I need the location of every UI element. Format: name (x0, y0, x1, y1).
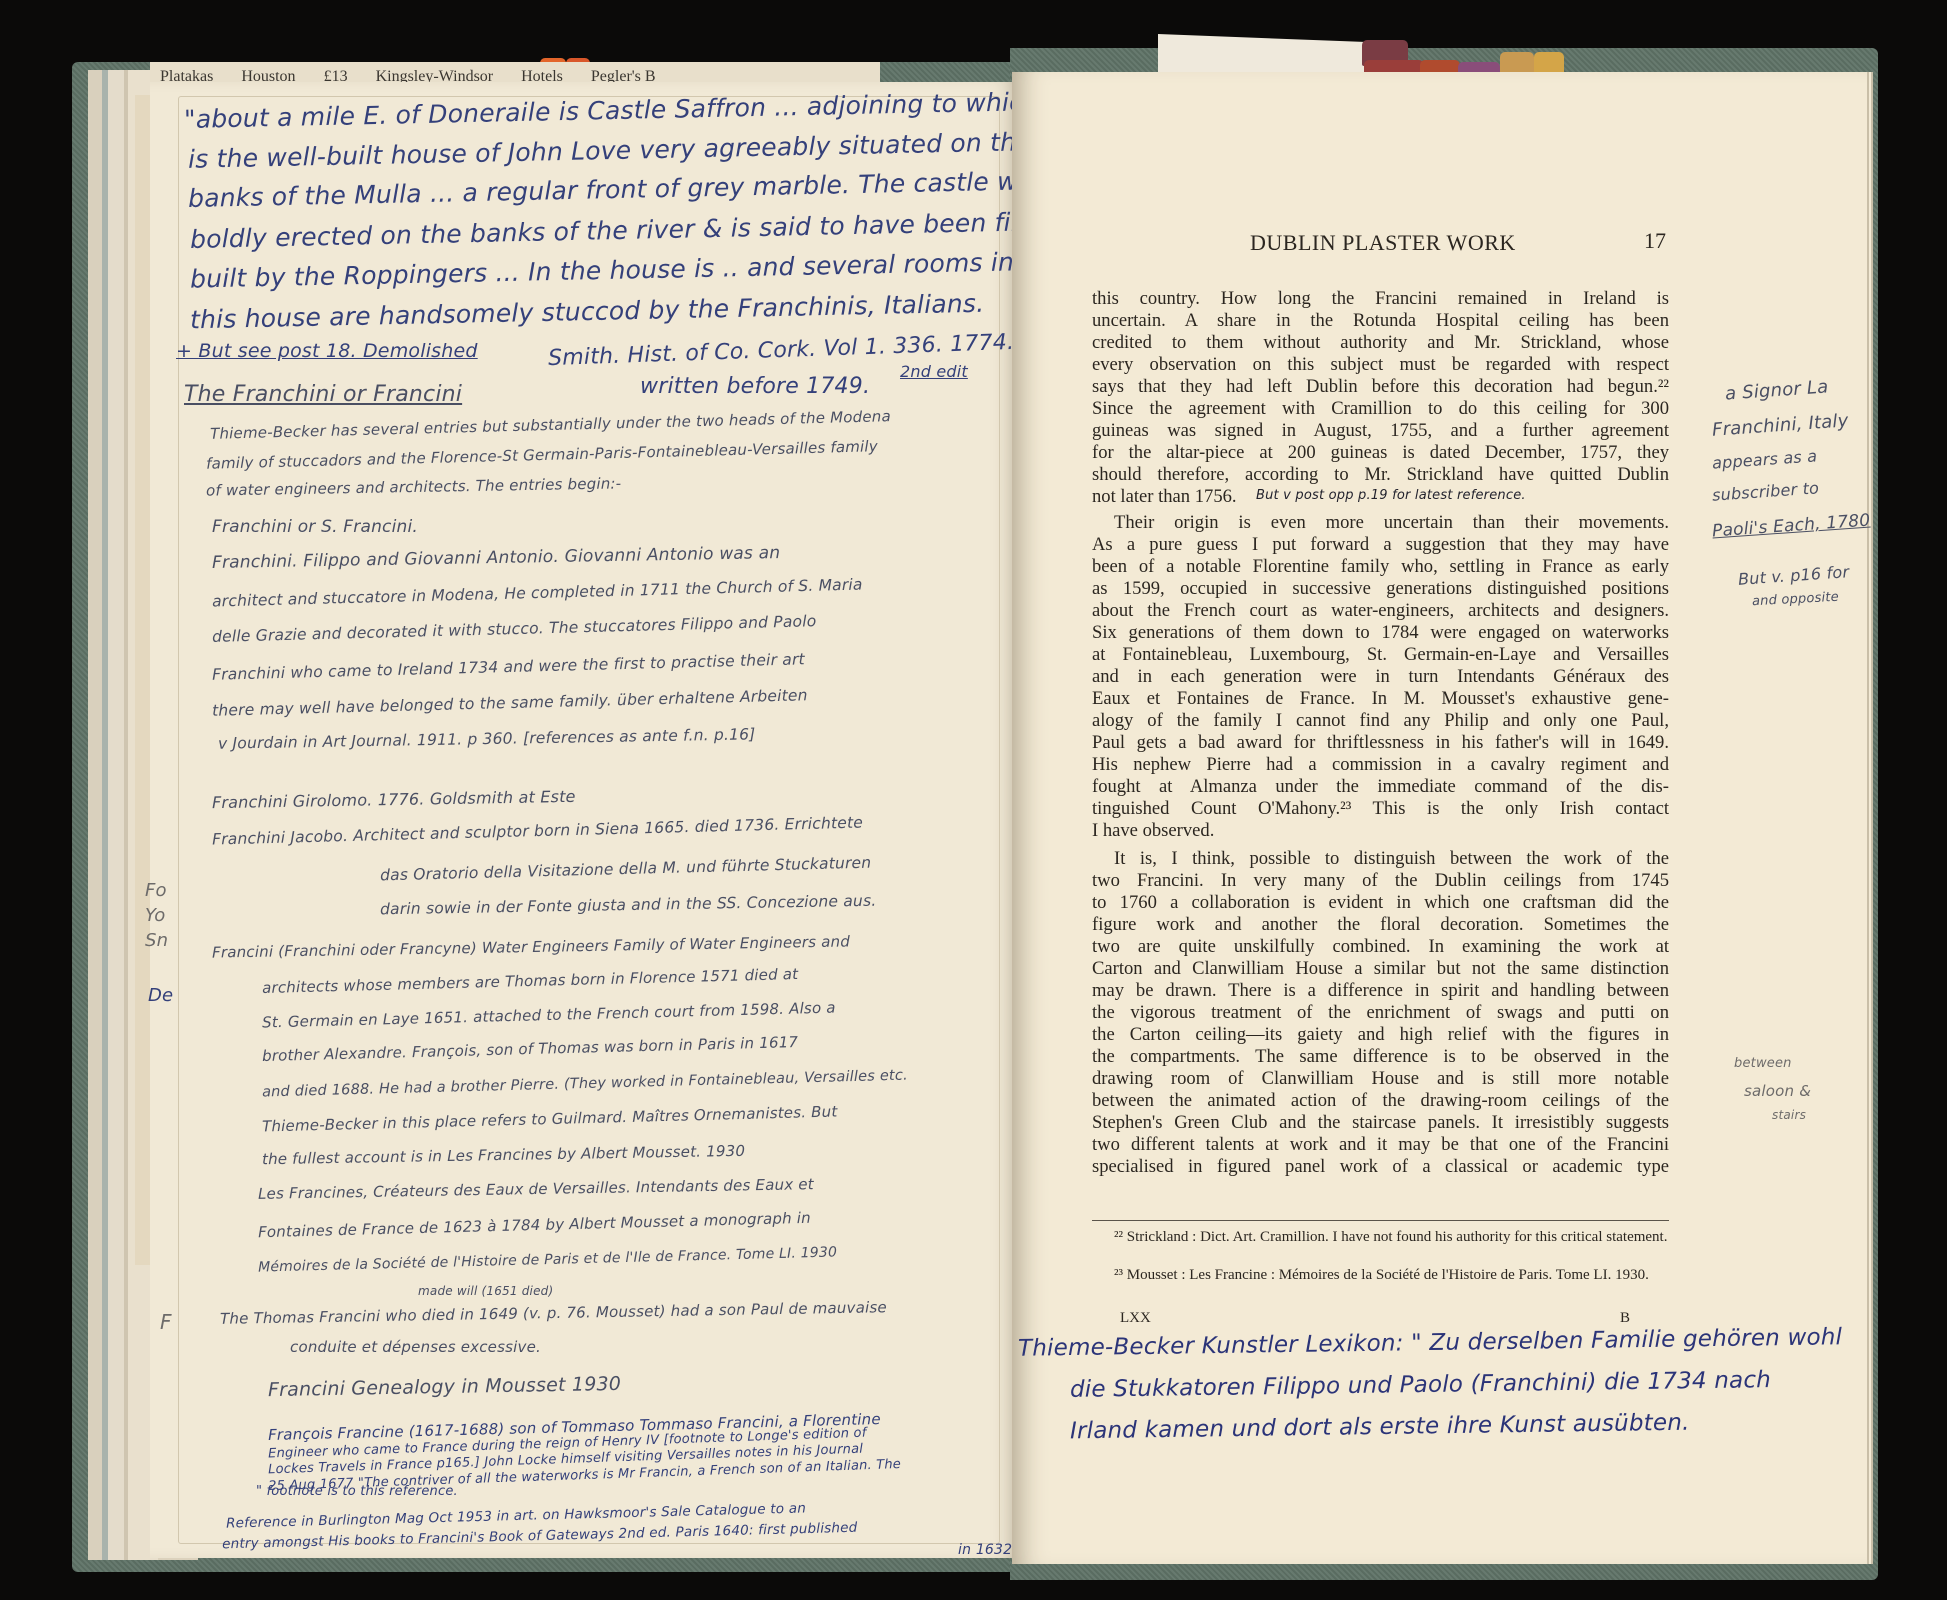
text-line: may be drawn. There is a difference in s… (1092, 980, 1669, 1002)
page-number: 17 (1644, 228, 1666, 254)
footnote-22: ²² Strickland : Dict. Art. Cramillion. I… (1092, 1228, 1669, 1246)
signature-mark-b: B (1620, 1310, 1630, 1327)
text-line: It is, I think, possible to distinguish … (1092, 848, 1669, 870)
signature-mark-lxx: LXX (1120, 1310, 1151, 1327)
text-line: tinguished Count O'Mahony.²³ This is the… (1092, 798, 1669, 820)
source-written-date: written before 1749. (640, 374, 870, 399)
text-line: the vigorous treatment of the enrichment… (1092, 1002, 1669, 1024)
text-line: between the animated action of the drawi… (1092, 1090, 1669, 1112)
margin-fragment: Fo (145, 880, 167, 901)
text-line: two Francini. In very many of the Dublin… (1092, 870, 1669, 892)
text-line: about the French court as water-engineer… (1092, 600, 1669, 622)
margin-fragment: F (160, 1310, 172, 1334)
text-line: credited to them without authority and M… (1092, 332, 1669, 354)
text-line: specialised in figured panel work of a c… (1092, 1156, 1669, 1178)
text-line: at Fontainebleau, Luxembourg, St. Germai… (1092, 644, 1669, 666)
note-demolished: + But see post 18. Demolished (176, 340, 478, 362)
text-line: alogy of the family I cannot find any Ph… (1092, 710, 1669, 732)
text-line: Their origin is even more uncertain than… (1092, 512, 1669, 534)
margin-line: saloon & (1744, 1082, 1811, 1100)
note-line: in 1632 (958, 1542, 1012, 1558)
paragraph-2: Their origin is even more uncertain than… (1092, 512, 1669, 842)
text-line: guineas was signed in August, 1755, and … (1092, 420, 1669, 442)
text-line: the compartments. The same difference is… (1092, 1046, 1669, 1068)
text-line: for the altar-piece at 200 guineas is da… (1092, 442, 1669, 464)
insert-above-note: made will (1651 died) (418, 1284, 553, 1298)
text-line: uncertain. A share in the Rotunda Hospit… (1092, 310, 1669, 332)
text-line: the Carton ceiling—its gaiety and high r… (1092, 1024, 1669, 1046)
text-line: Carton and Clanwilliam House a similar b… (1092, 958, 1669, 980)
text-line: and in each generation were in turn Inte… (1092, 666, 1669, 688)
text-line: this country. How long the Francini rema… (1092, 288, 1669, 310)
note-line: " footnote is to this reference. (256, 1484, 458, 1499)
text-line: drawing room of Clanwilliam House and is… (1092, 1068, 1669, 1090)
margin-line: stairs (1772, 1108, 1806, 1122)
margin-line: between (1734, 1056, 1792, 1071)
text-line: I have observed. (1092, 820, 1669, 842)
text-line: as 1599, occupied in successive generati… (1092, 578, 1669, 600)
text-line: every observation on this subject must b… (1092, 354, 1669, 376)
text-line: should therefore, according to Mr. Stric… (1092, 464, 1669, 486)
section-heading: The Franchini or Francini (184, 382, 462, 407)
running-head: DUBLIN PLASTER WORK (1250, 230, 1516, 256)
text-line: Six generations of them down to 1784 wer… (1092, 622, 1669, 644)
text-line: says that they had left Dublin before th… (1092, 376, 1669, 398)
text-line: been of a notable Florentine family who,… (1092, 556, 1669, 578)
text-line: Since the agreement with Cramillion to d… (1092, 398, 1669, 420)
margin-fragment: Sn (145, 930, 168, 951)
footnote-23: ²³ Mousset : Les Francine : Mémoires de … (1092, 1266, 1669, 1284)
text-line: His nephew Pierre had a commission in a … (1092, 754, 1669, 776)
paragraph-1: this country. How long the Francini rema… (1092, 288, 1669, 508)
text-line: As a pure guess I put forward a suggesti… (1092, 534, 1669, 556)
text-line: Eaux et Fontaines de France. In M. Mouss… (1092, 688, 1669, 710)
entry-franchini-or: Franchini or S. Francini. (212, 517, 418, 537)
text-line: to 1760 a collaboration is evident in wh… (1092, 892, 1669, 914)
inline-handwritten-note: But v post opp p.19 for latest reference… (1256, 488, 1526, 503)
text-line: Stephen's Green Club and the staircase p… (1092, 1112, 1669, 1134)
text-line: two are quite unskilfully combined. In e… (1092, 936, 1669, 958)
text-line: Paul gets a bad award for thriftlessness… (1092, 732, 1669, 754)
text-line: fought at Almanza under the immediate co… (1092, 776, 1669, 798)
margin-fragment: De (148, 985, 173, 1006)
footnote-rule (1092, 1220, 1669, 1221)
margin-fragment: Yo (145, 905, 165, 926)
text-line: two different talents at work and it may… (1092, 1134, 1669, 1156)
paragraph-3: It is, I think, possible to distinguish … (1092, 848, 1669, 1178)
source-edition: 2nd edit (900, 362, 968, 381)
note-line: conduite et dépenses excessive. (290, 1338, 541, 1356)
text-line: figure work and another the floral decor… (1092, 914, 1669, 936)
